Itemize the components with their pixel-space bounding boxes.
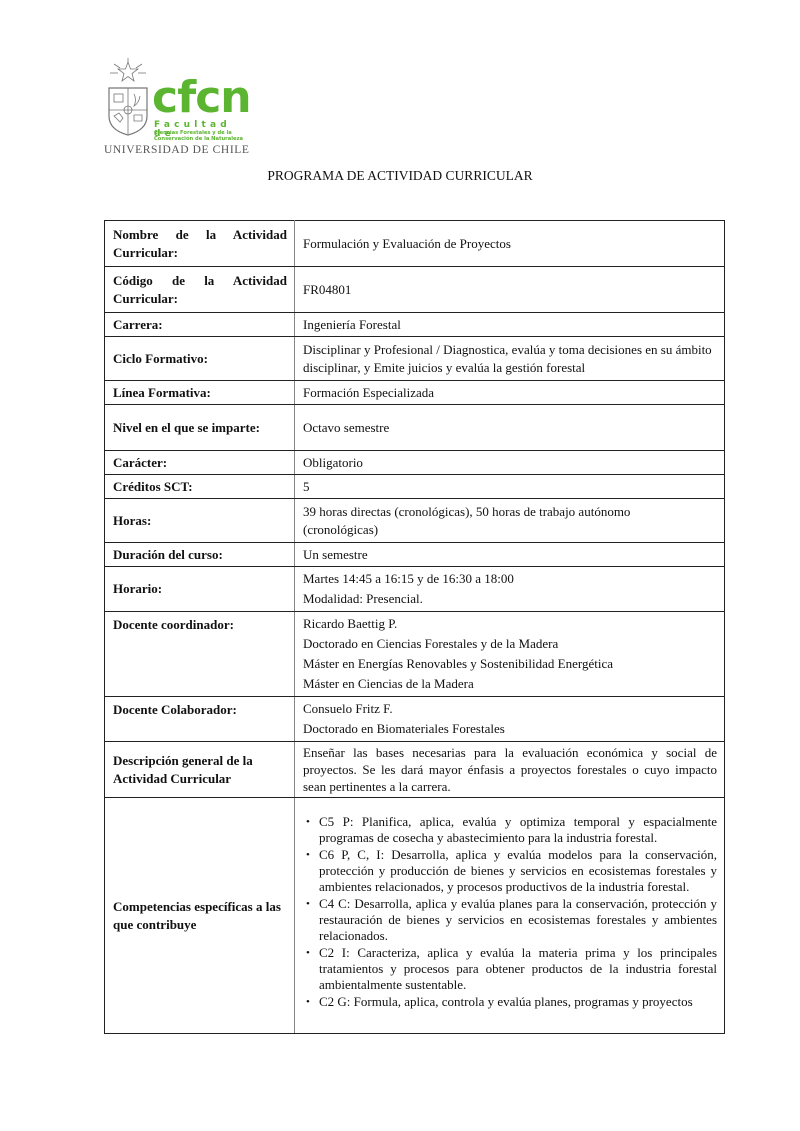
university-crest-icon bbox=[106, 58, 150, 136]
table-row: Docente coordinador: Ricardo Baettig P. … bbox=[105, 612, 725, 697]
table-row: Duración del curso: Un semestre bbox=[105, 543, 725, 567]
row-label: Duración del curso: bbox=[105, 543, 295, 567]
row-label: Créditos SCT: bbox=[105, 475, 295, 499]
row-label: Horas: bbox=[105, 499, 295, 543]
faculty-subtitle: Ciencias Forestales y de la Conservación… bbox=[154, 130, 243, 142]
row-value: Ingeniería Forestal bbox=[295, 313, 725, 337]
university-name: UNIVERSIDAD DE CHILE bbox=[104, 144, 250, 156]
row-label: Nivel en el que se imparte: bbox=[105, 405, 295, 451]
row-label: Carrera: bbox=[105, 313, 295, 337]
list-item: C2 G: Formula, aplica, controla y evalúa… bbox=[319, 994, 717, 1010]
list-item: C6 P, C, I: Desarrolla, aplica y evalúa … bbox=[319, 847, 717, 895]
table-row: Descripción general de la Actividad Curr… bbox=[105, 742, 725, 798]
row-value: Octavo semestre bbox=[295, 405, 725, 451]
table-row: Nivel en el que se imparte: Octavo semes… bbox=[105, 405, 725, 451]
row-value: C5 P: Planifica, aplica, evalúa y optimi… bbox=[295, 798, 725, 1034]
row-value: Ricardo Baettig P. Doctorado en Ciencias… bbox=[295, 612, 725, 697]
coordinator-degree: Máster en Ciencias de la Madera bbox=[303, 674, 717, 694]
table-row: Docente Colaborador: Consuelo Fritz F. D… bbox=[105, 697, 725, 742]
program-table: Nombre de la Actividad Curricular: Formu… bbox=[104, 220, 725, 1034]
row-value: Formulación y Evaluación de Proyectos bbox=[295, 221, 725, 267]
row-label: Nombre de la Actividad Curricular: bbox=[105, 221, 295, 267]
table-row: Ciclo Formativo: Disciplinar y Profesion… bbox=[105, 337, 725, 381]
faculty-subtitle-line-2: Conservación de la Naturaleza bbox=[154, 136, 243, 142]
modality-text: Modalidad: Presencial. bbox=[303, 589, 717, 609]
university-logo: cfcn Facultad de Ciencias Forestales y d… bbox=[104, 58, 254, 150]
row-value: Disciplinar y Profesional / Diagnostica,… bbox=[295, 337, 725, 381]
row-label: Docente Colaborador: bbox=[105, 697, 295, 742]
table-row: Línea Formativa: Formación Especializada bbox=[105, 381, 725, 405]
table-row: Carácter: Obligatorio bbox=[105, 451, 725, 475]
row-value: Obligatorio bbox=[295, 451, 725, 475]
list-item: C2 I: Caracteriza, aplica y evalúa la ma… bbox=[319, 945, 717, 993]
row-label: Ciclo Formativo: bbox=[105, 337, 295, 381]
row-value: Martes 14:45 a 16:15 y de 16:30 a 18:00 … bbox=[295, 567, 725, 612]
page-title: PROGRAMA DE ACTIVIDAD CURRICULAR bbox=[0, 168, 800, 184]
coordinator-degree: Doctorado en Ciencias Forestales y de la… bbox=[303, 634, 717, 654]
row-label: Horario: bbox=[105, 567, 295, 612]
competencies-list: C5 P: Planifica, aplica, evalúa y optimi… bbox=[303, 814, 717, 1010]
brand-wordmark: cfcn bbox=[152, 76, 251, 120]
list-item: C4 C: Desarrolla, aplica y evalúa planes… bbox=[319, 896, 717, 944]
table-row: Carrera: Ingeniería Forestal bbox=[105, 313, 725, 337]
collaborator-degree: Doctorado en Biomateriales Forestales bbox=[303, 719, 717, 739]
label-text: Código de la Actividad Curricular: bbox=[113, 272, 287, 308]
collaborator-name: Consuelo Fritz F. bbox=[303, 699, 717, 719]
row-label: Carácter: bbox=[105, 451, 295, 475]
row-value: Enseñar las bases necesarias para la eva… bbox=[295, 742, 725, 798]
row-label: Código de la Actividad Curricular: bbox=[105, 267, 295, 313]
coordinator-degree: Máster en Energías Renovables y Sostenib… bbox=[303, 654, 717, 674]
table-row: Código de la Actividad Curricular: FR048… bbox=[105, 267, 725, 313]
table-row: Competencias específicas a las que contr… bbox=[105, 798, 725, 1034]
row-value: FR04801 bbox=[295, 267, 725, 313]
row-label: Competencias específicas a las que contr… bbox=[105, 798, 295, 1034]
row-value: Consuelo Fritz F. Doctorado en Biomateri… bbox=[295, 697, 725, 742]
label-text: Nombre de la Actividad Curricular: bbox=[113, 226, 287, 262]
row-label: Descripción general de la Actividad Curr… bbox=[105, 742, 295, 798]
table-row: Horas: 39 horas directas (cronológicas),… bbox=[105, 499, 725, 543]
list-item: C5 P: Planifica, aplica, evalúa y optimi… bbox=[319, 814, 717, 846]
table-row: Créditos SCT: 5 bbox=[105, 475, 725, 499]
row-value: Formación Especializada bbox=[295, 381, 725, 405]
schedule-text: Martes 14:45 a 16:15 y de 16:30 a 18:00 bbox=[303, 569, 717, 589]
row-value: Un semestre bbox=[295, 543, 725, 567]
coordinator-name: Ricardo Baettig P. bbox=[303, 614, 717, 634]
row-value: 5 bbox=[295, 475, 725, 499]
table-row: Nombre de la Actividad Curricular: Formu… bbox=[105, 221, 725, 267]
table-row: Horario: Martes 14:45 a 16:15 y de 16:30… bbox=[105, 567, 725, 612]
row-value: 39 horas directas (cronológicas), 50 hor… bbox=[295, 499, 725, 543]
row-label: Docente coordinador: bbox=[105, 612, 295, 697]
row-label: Línea Formativa: bbox=[105, 381, 295, 405]
